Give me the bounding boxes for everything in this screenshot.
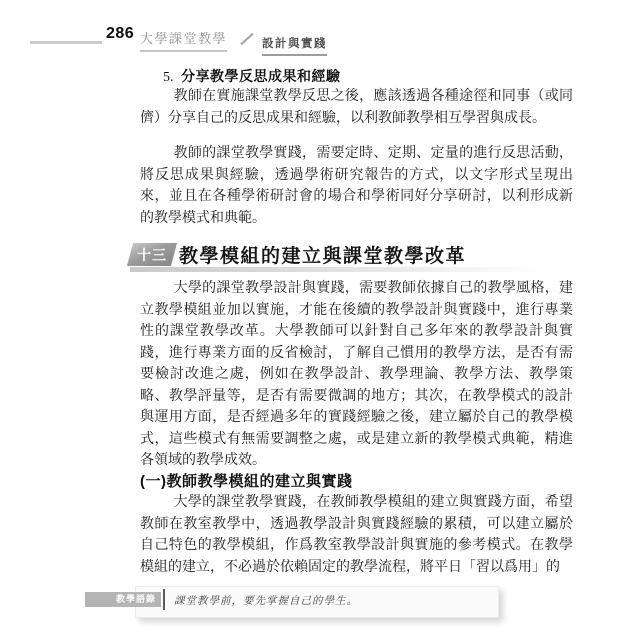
paragraph: 教師的課堂教學實踐，需要定時、定期、定量的進行反思活動，將反思成果與經驗，透過學… bbox=[140, 143, 573, 229]
book-page: 286 大學課堂教學 設計與實踐 5. 分享教學反思成果和經驗 教師在實施課堂教… bbox=[0, 0, 640, 640]
quote-text: 課堂教學前，要先掌握自己的學生。 bbox=[174, 593, 358, 608]
list-item-number: 5. bbox=[163, 70, 174, 85]
section-header: 十三 教學模組的建立與課堂教學改革 bbox=[130, 241, 577, 272]
section-title: 教學模組的建立與課堂教學改革 bbox=[179, 241, 466, 268]
book-title: 大學課堂教學 bbox=[140, 28, 227, 52]
slash-divider-icon bbox=[240, 33, 253, 45]
header-rule bbox=[30, 41, 102, 44]
list-item-heading: 5. 分享教學反思成果和經驗 bbox=[163, 66, 341, 86]
list-item-title: 分享教學反思成果和經驗 bbox=[181, 68, 341, 84]
section-underline-rule bbox=[130, 267, 577, 272]
subsection-heading: (一)教師教學模組的建立與實踐 bbox=[140, 470, 353, 491]
page-number: 286 bbox=[106, 25, 134, 43]
page-header: 286 大學課堂教學 設計與實踐 bbox=[30, 24, 610, 56]
book-subtitle: 設計與實踐 bbox=[262, 35, 327, 56]
paragraph: 教師在實施課堂教學反思之後，應該透過各種途徑和同事（或同儕）分享自己的反思成果和… bbox=[140, 86, 573, 129]
section-number-label: 十三 bbox=[137, 245, 167, 265]
quote-badge: 教學語錄 bbox=[85, 592, 161, 607]
section-number-badge: 十三 bbox=[130, 243, 174, 266]
paragraph: 大學的課堂教學設計與實踐，需要教師依據自己的教學風格，建立教學模組並加以實施，才… bbox=[140, 278, 573, 472]
paragraph: 大學的課堂教學實踐，在教師教學模組的建立與實踐方面，希望教師在教室教學中，透過教… bbox=[140, 492, 573, 578]
quote-divider bbox=[163, 589, 165, 610]
